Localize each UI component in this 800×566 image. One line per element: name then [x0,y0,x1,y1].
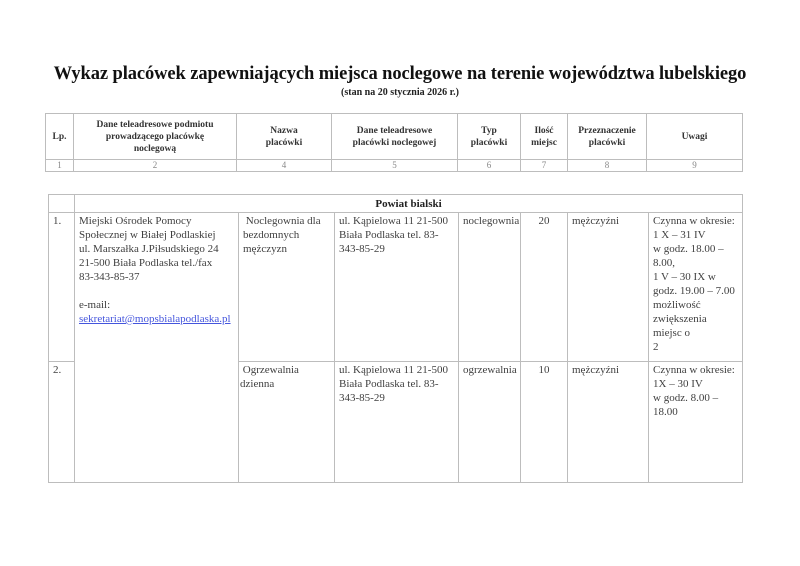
facility-name: Ogrzewalnia dzienna [239,362,335,483]
header-row: Lp. Dane teleadresowe podmiotu prowadząc… [46,114,743,160]
facility-notes: Czynna w okresie: 1X – 30 IV w godz. 8.0… [649,362,743,483]
facility-address: ul. Kąpielowa 11 21-500 Biała Podlaska t… [335,213,459,362]
col-number: 1 [46,160,74,172]
notes-line: Czynna w okresie: 1 X – 31 IV [653,214,738,242]
col-header-type: Typ placówki [458,114,521,160]
col-header-lp: Lp. [46,114,74,160]
header-table: Lp. Dane teleadresowe podmiotu prowadząc… [45,113,743,172]
col-header-operator: Dane teleadresowe podmiotu prowadzącego … [74,114,237,160]
operator-line: Społecznej w Białej Podlaskiej [79,228,234,242]
col-header-name: Nazwa placówki [237,114,332,160]
col-header-target: Przeznaczenie placówki [568,114,647,160]
notes-line: w godz. 18.00 – 8.00, [653,242,738,270]
facility-type: noclegownia [459,213,521,362]
col-number: 7 [521,160,568,172]
column-number-row: 1 2 4 5 6 7 8 9 [46,160,743,172]
facility-name: Noclegownia dla bezdomnych mężczyzn [239,213,335,362]
operator-line: ul. Marszałka J.Piłsudskiego 24 [79,242,234,256]
facility-type: ogrzewalnia [459,362,521,483]
email-link[interactable]: sekretariat@mopsbialapodlaska.pl [79,312,234,326]
facility-address: ul. Kąpielowa 11 21-500 Biała Podlaska t… [335,362,459,483]
facility-places: 10 [521,362,568,483]
email-label: e-mail: [79,298,234,312]
facility-target: mężczyźni [568,213,649,362]
notes-line: 1 V – 30 IX w godz. 19.00 – 7.00 możliwo… [653,270,738,340]
operator-line: 83-343-85-37 [79,270,234,284]
notes-line: Czynna w okresie: 1X – 30 IV [653,363,738,391]
col-header-address: Dane teleadresowe placówki noclegowej [332,114,458,160]
table-row: 1. Miejski Ośrodek Pomocy Społecznej w B… [49,213,743,362]
col-number: 9 [647,160,743,172]
notes-line: w godz. 8.00 – 18.00 [653,391,738,419]
col-header-notes: Uwagi [647,114,743,160]
section-row: Powiat bialski [49,195,743,213]
notes-line: 2 [653,340,738,354]
col-number: 2 [74,160,237,172]
section-title: Powiat bialski [75,195,743,213]
facility-target: mężczyźni [568,362,649,483]
col-number: 5 [332,160,458,172]
col-number: 6 [458,160,521,172]
col-number: 8 [568,160,647,172]
document-title: Wykaz placówek zapewniających miejsca no… [0,64,800,85]
col-header-places: Ilość miejsc [521,114,568,160]
operator-line: Miejski Ośrodek Pomocy [79,214,234,228]
facility-notes: Czynna w okresie: 1 X – 31 IV w godz. 18… [649,213,743,362]
operator-details: Miejski Ośrodek Pomocy Społecznej w Biał… [75,213,239,483]
row-lp: 2. [49,362,75,483]
operator-line: 21-500 Biała Podlaska tel./fax [79,256,234,270]
row-lp: 1. [49,213,75,362]
facilities-table: Powiat bialski 1. Miejski Ośrodek Pomocy… [48,194,743,483]
facility-places: 20 [521,213,568,362]
document-subtitle: (stan na 20 stycznia 2026 r.) [0,87,800,98]
col-number: 4 [237,160,332,172]
section-lp-cell [49,195,75,213]
